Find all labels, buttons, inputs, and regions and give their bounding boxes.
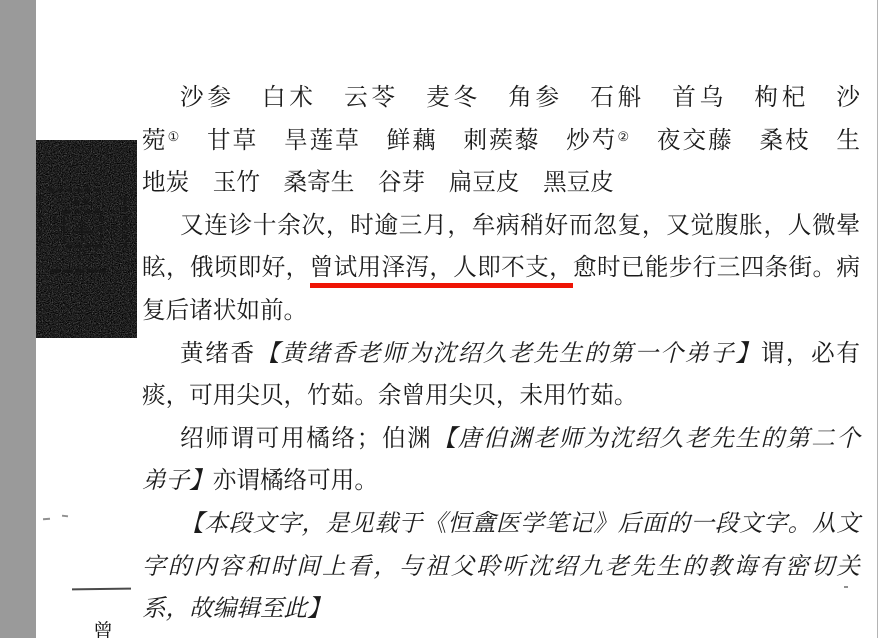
body-text: 眩，俄顷即好， [142, 255, 310, 281]
footnote-ref-2-mark: ② [617, 129, 631, 144]
editor-note-text: 字的内容和时间上看，与祖父聆听沈绍九老先生的教诲有密切关 [142, 554, 860, 580]
herb-list-text: 菀 [142, 128, 168, 154]
editor-note-text: 【本段文字，是见载于《恒盦医学笔记》后面的一段文字。从文 [180, 511, 860, 537]
scan-speck [43, 518, 50, 520]
left-gutter-strip [0, 0, 36, 638]
paragraph-consults-line-2: 眩，俄顷即好，曾试用泽泻，人即不支，愈时已能步行三四条街。病 [142, 247, 860, 290]
bracket-note-text: 弟子】 [142, 468, 213, 494]
herb-list-text: 甘草 旱莲草 鲜藕 刺蒺藜 炒芍 [181, 128, 617, 154]
scanned-page: 沙参 白术 云苓 麦冬 角参 石斛 首乌 枸杞 沙 菀① 甘草 旱莲草 鲜藕 刺… [0, 0, 892, 638]
body-text: 黄绪香 [180, 341, 256, 367]
paragraph-huang-line-1: 黄绪香【黄绪香老师为沈绍久老先生的第一个弟子】谓，必有 [142, 333, 860, 376]
bracket-note-text: 【黄绪香老师为沈绍久老先生的第一个弟子】 [256, 341, 761, 367]
red-underlined-text: 曾试用泽泻，人即不支， [310, 255, 573, 288]
ink-stamp-icon [36, 140, 137, 338]
scan-speck [62, 515, 68, 518]
herb-list-line-1: 沙参 白术 云苓 麦冬 角参 石斛 首乌 枸杞 沙 [142, 77, 860, 120]
herb-list-text: 夜交藤 桑枝 生 [631, 128, 860, 154]
bracket-note-text: 【唐伯渊老师为沈绍久老先生的第二个 [432, 426, 860, 452]
paragraph-editor-line-1: 【本段文字，是见载于《恒盦医学笔记》后面的一段文字。从文 [142, 503, 860, 546]
body-text: 愈时已能步行三四条街。病 [573, 255, 860, 281]
paragraph-consults-line-1: 又连诊十余次，时逾三月，牟病稍好而忽复，又觉腹胀，人微晕 [142, 205, 860, 248]
body-text: 复后诸状如前。 [142, 298, 307, 324]
footnote-ref-1-mark: ① [168, 129, 182, 144]
paragraph-shao-line-2: 弟子】亦谓橘络可用。 [142, 460, 860, 503]
herb-list-text: 沙参 白术 云苓 麦冬 角参 石斛 首乌 枸杞 沙 [180, 85, 860, 111]
herb-list-line-2: 菀① 甘草 旱莲草 鲜藕 刺蒺藜 炒芍② 夜交藤 桑枝 生 [142, 120, 860, 163]
paragraph-shao-line-1: 绍师谓可用橘络；伯渊【唐伯渊老师为沈绍久老先生的第二个 [142, 418, 860, 461]
body-text: 痰，可用尖贝，竹茹。余曾用尖贝，未用竹茹。 [142, 383, 637, 409]
paragraph-huang-line-2: 痰，可用尖贝，竹茹。余曾用尖贝，未用竹茹。 [142, 375, 860, 418]
body-text: 又连诊十余次，时逾三月，牟病稍好而忽复，又觉腹胀，人微晕 [180, 213, 860, 239]
body-text: 谓，必有 [761, 341, 860, 367]
page-text-block: 沙参 白术 云苓 麦冬 角参 石斛 首乌 枸杞 沙 菀① 甘草 旱莲草 鲜藕 刺… [142, 77, 860, 631]
footnote-partial-text: 曾 [93, 622, 113, 638]
scan-speck [844, 586, 848, 588]
page-edge-line [877, 0, 878, 638]
paragraph-consults-line-3: 复后诸状如前。 [142, 290, 860, 333]
editor-note-text: 系，故编辑至此】 [142, 596, 331, 622]
body-text: 绍师谓可用橘络；伯渊 [180, 426, 432, 452]
herb-list-text: 地炭 玉竹 桑寄生 谷芽 扁豆皮 黑豆皮 [142, 170, 614, 196]
paragraph-editor-line-2: 字的内容和时间上看，与祖父聆听沈绍九老先生的教诲有密切关 [142, 546, 860, 589]
herb-list-line-3: 地炭 玉竹 桑寄生 谷芽 扁豆皮 黑豆皮 [142, 162, 860, 205]
paragraph-editor-line-3: 系，故编辑至此】 [142, 588, 860, 631]
scan-speck [642, 570, 645, 572]
body-text: 亦谓橘络可用。 [213, 468, 378, 494]
footnote-divider-line [72, 588, 131, 591]
